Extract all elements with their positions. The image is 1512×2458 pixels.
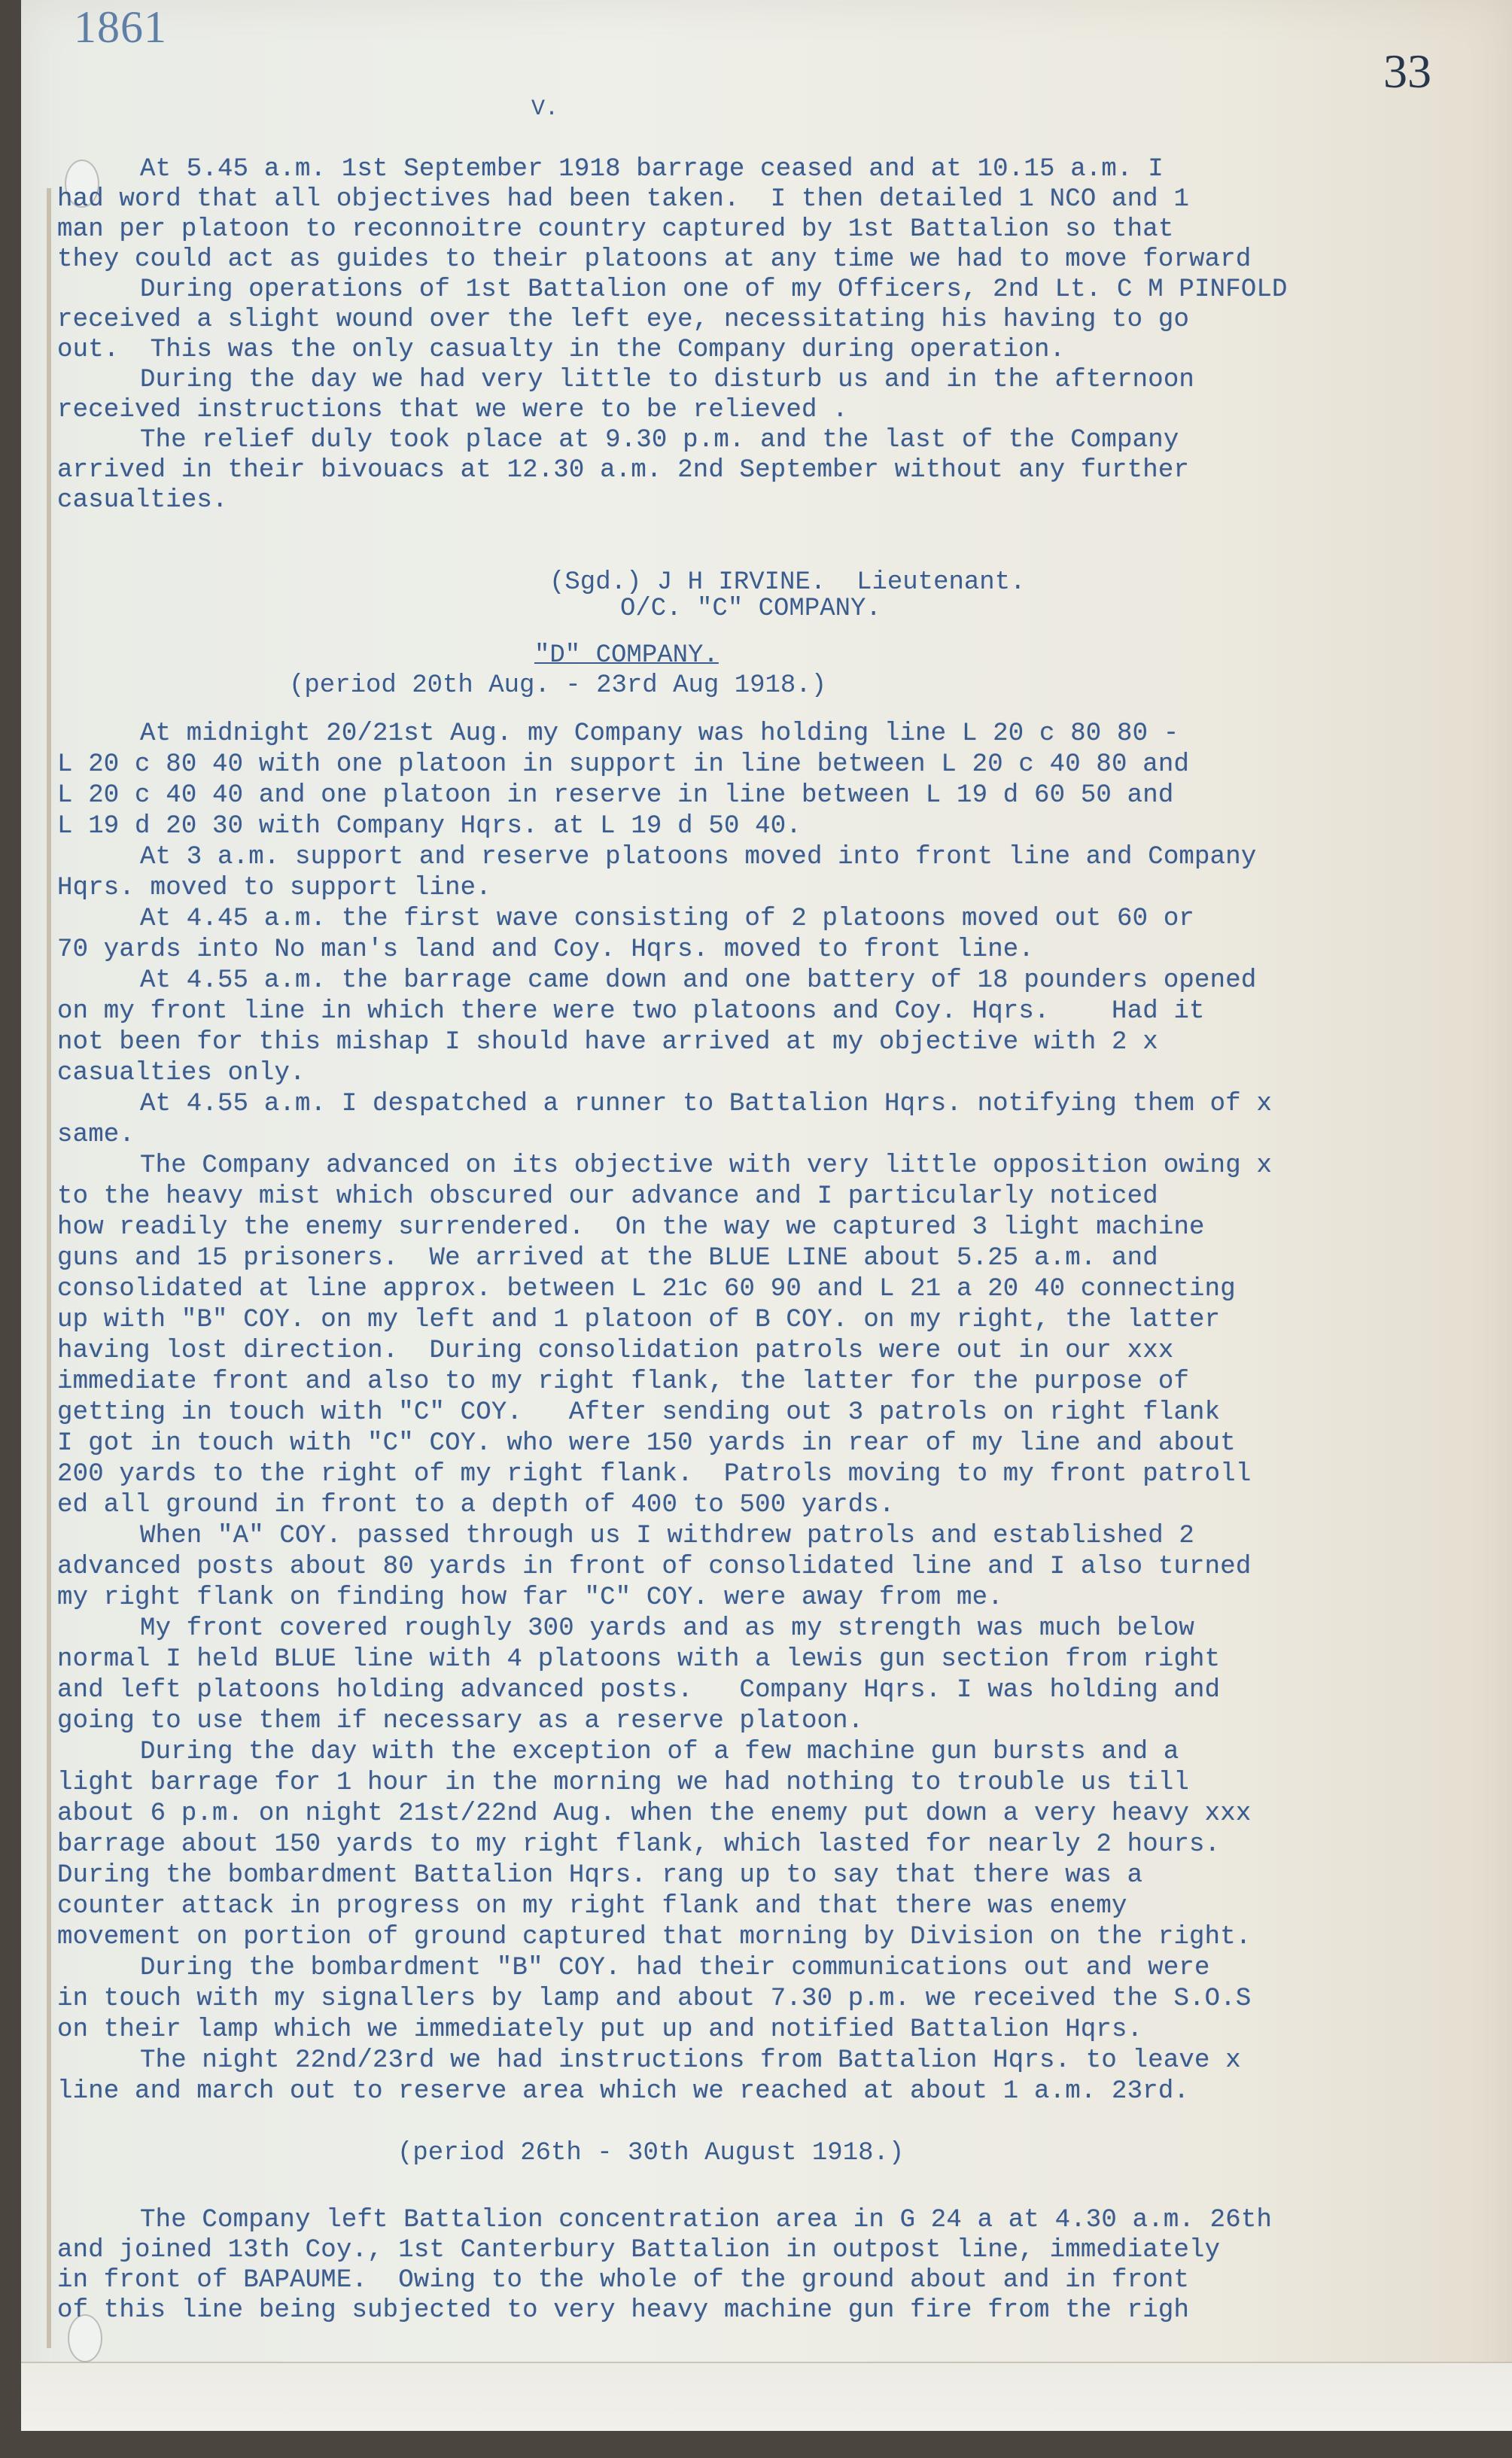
- text-line: During the day we had very little to dis…: [57, 365, 1502, 395]
- text-line: and left platoons holding advanced posts…: [57, 1675, 1502, 1706]
- text-line: My front covered roughly 300 yards and a…: [57, 1614, 1502, 1644]
- signature-title: O/C. "C" COMPANY.: [620, 595, 881, 623]
- text-line: The night 22nd/23rd we had instructions …: [57, 2046, 1502, 2076]
- text-line: The Company left Battalion concentration…: [57, 2205, 1502, 2235]
- text-line: At 4.55 a.m. I despatched a runner to Ba…: [57, 1089, 1502, 1120]
- text-line: 70 yards into No man's land and Coy. Hqr…: [57, 935, 1502, 966]
- text-line: arrived in their bivouacs at 12.30 a.m. …: [57, 455, 1502, 485]
- text-line: At midnight 20/21st Aug. my Company was …: [57, 719, 1502, 750]
- text-line: about 6 p.m. on night 21st/22nd Aug. whe…: [57, 1799, 1502, 1830]
- text-line: not been for this mishap I should have a…: [57, 1027, 1502, 1058]
- text-line: I got in touch with "C" COY. who were 15…: [57, 1428, 1502, 1459]
- text-line: going to use them if necessary as a rese…: [57, 1706, 1502, 1737]
- text-line: The Company advanced on its objective wi…: [57, 1151, 1502, 1182]
- text-line: received instructions that we were to be…: [57, 395, 1502, 425]
- text-line: man per platoon to reconnoitre country c…: [57, 214, 1502, 245]
- text-line: counter attack in progress on my right f…: [57, 1891, 1502, 1922]
- text-line: barrage about 150 yards to my right flan…: [57, 1830, 1502, 1860]
- text-line: Hqrs. moved to support line.: [57, 873, 1502, 904]
- text-line: L 20 c 80 40 with one platoon in support…: [57, 750, 1502, 780]
- signature-line: (Sgd.) J H IRVINE. Lieutenant.: [549, 568, 1026, 597]
- text-line: immediate front and also to my right fla…: [57, 1367, 1502, 1398]
- text-line: casualties.: [57, 485, 1502, 516]
- text-line: At 5.45 a.m. 1st September 1918 barrage …: [57, 154, 1502, 184]
- d-company-report-body: At midnight 20/21st Aug. my Company was …: [57, 719, 1502, 2107]
- text-line: and joined 13th Coy., 1st Canterbury Bat…: [57, 2235, 1502, 2265]
- text-line: ed all ground in front to a depth of 400…: [57, 1490, 1502, 1521]
- text-line: on their lamp which we immediately put u…: [57, 2015, 1502, 2046]
- d-company-period: (period 20th Aug. - 23rd Aug 1918.): [289, 671, 826, 700]
- page-number: 33: [1383, 44, 1431, 99]
- text-line: on my front line in which there were two…: [57, 996, 1502, 1027]
- text-line: light barrage for 1 hour in the morning …: [57, 1768, 1502, 1799]
- archive-number: 1861: [74, 2, 167, 53]
- text-line: During operations of 1st Battalion one o…: [57, 275, 1502, 305]
- text-line: up with "B" COY. on my left and 1 platoo…: [57, 1305, 1502, 1336]
- text-line: how readily the enemy surrendered. On th…: [57, 1212, 1502, 1243]
- section-numeral: V.: [531, 96, 558, 122]
- text-line: same.: [57, 1120, 1502, 1151]
- text-line: in touch with my signallers by lamp and …: [57, 1984, 1502, 2015]
- text-line: to the heavy mist which obscured our adv…: [57, 1182, 1502, 1212]
- text-line: normal I held BLUE line with 4 platoons …: [57, 1644, 1502, 1675]
- text-line: having lost direction. During consolidat…: [57, 1336, 1502, 1367]
- text-line: During the day with the exception of a f…: [57, 1737, 1502, 1768]
- text-line: During the bombardment "B" COY. had thei…: [57, 1953, 1502, 1984]
- text-line: 200 yards to the right of my right flank…: [57, 1459, 1502, 1490]
- text-line: guns and 15 prisoners. We arrived at the…: [57, 1243, 1502, 1274]
- text-line: When "A" COY. passed through us I withdr…: [57, 1521, 1502, 1552]
- text-line: getting in touch with "C" COY. After sen…: [57, 1398, 1502, 1428]
- text-line: At 4.45 a.m. the first wave consisting o…: [57, 904, 1502, 935]
- text-line: out. This was the only casualty in the C…: [57, 335, 1502, 365]
- text-line: received a slight wound over the left ey…: [57, 305, 1502, 335]
- text-line: advanced posts about 80 yards in front o…: [57, 1552, 1502, 1583]
- d-company-heading: "D" COMPANY.: [534, 641, 719, 670]
- second-period-heading: (period 26th - 30th August 1918.): [397, 2139, 904, 2167]
- text-line: of this line being subjected to very hea…: [57, 2295, 1502, 2326]
- text-line: consolidated at line approx. between L 2…: [57, 1274, 1502, 1305]
- text-line: my right flank on finding how far "C" CO…: [57, 1583, 1502, 1614]
- c-company-report-body: At 5.45 a.m. 1st September 1918 barrage …: [57, 154, 1502, 516]
- text-line: L 19 d 20 30 with Company Hqrs. at L 19 …: [57, 811, 1502, 842]
- text-line: had word that all objectives had been ta…: [57, 184, 1502, 214]
- text-line: movement on portion of ground captured t…: [57, 1922, 1502, 1953]
- text-line: At 4.55 a.m. the barrage came down and o…: [57, 966, 1502, 996]
- text-line: The relief duly took place at 9.30 p.m. …: [57, 425, 1502, 455]
- text-line: they could act as guides to their platoo…: [57, 245, 1502, 275]
- second-period-body: The Company left Battalion concentration…: [57, 2205, 1502, 2326]
- text-line: casualties only.: [57, 1058, 1502, 1089]
- text-line: L 20 c 40 40 and one platoon in reserve …: [57, 780, 1502, 811]
- text-line: line and march out to reserve area which…: [57, 2076, 1502, 2107]
- text-line: in front of BAPAUME. Owing to the whole …: [57, 2265, 1502, 2295]
- text-line: At 3 a.m. support and reserve platoons m…: [57, 842, 1502, 873]
- binding-margin-rule: [47, 188, 51, 2348]
- text-line: During the bombardment Battalion Hqrs. r…: [57, 1860, 1502, 1891]
- page-bottom-curl: [21, 2362, 1512, 2431]
